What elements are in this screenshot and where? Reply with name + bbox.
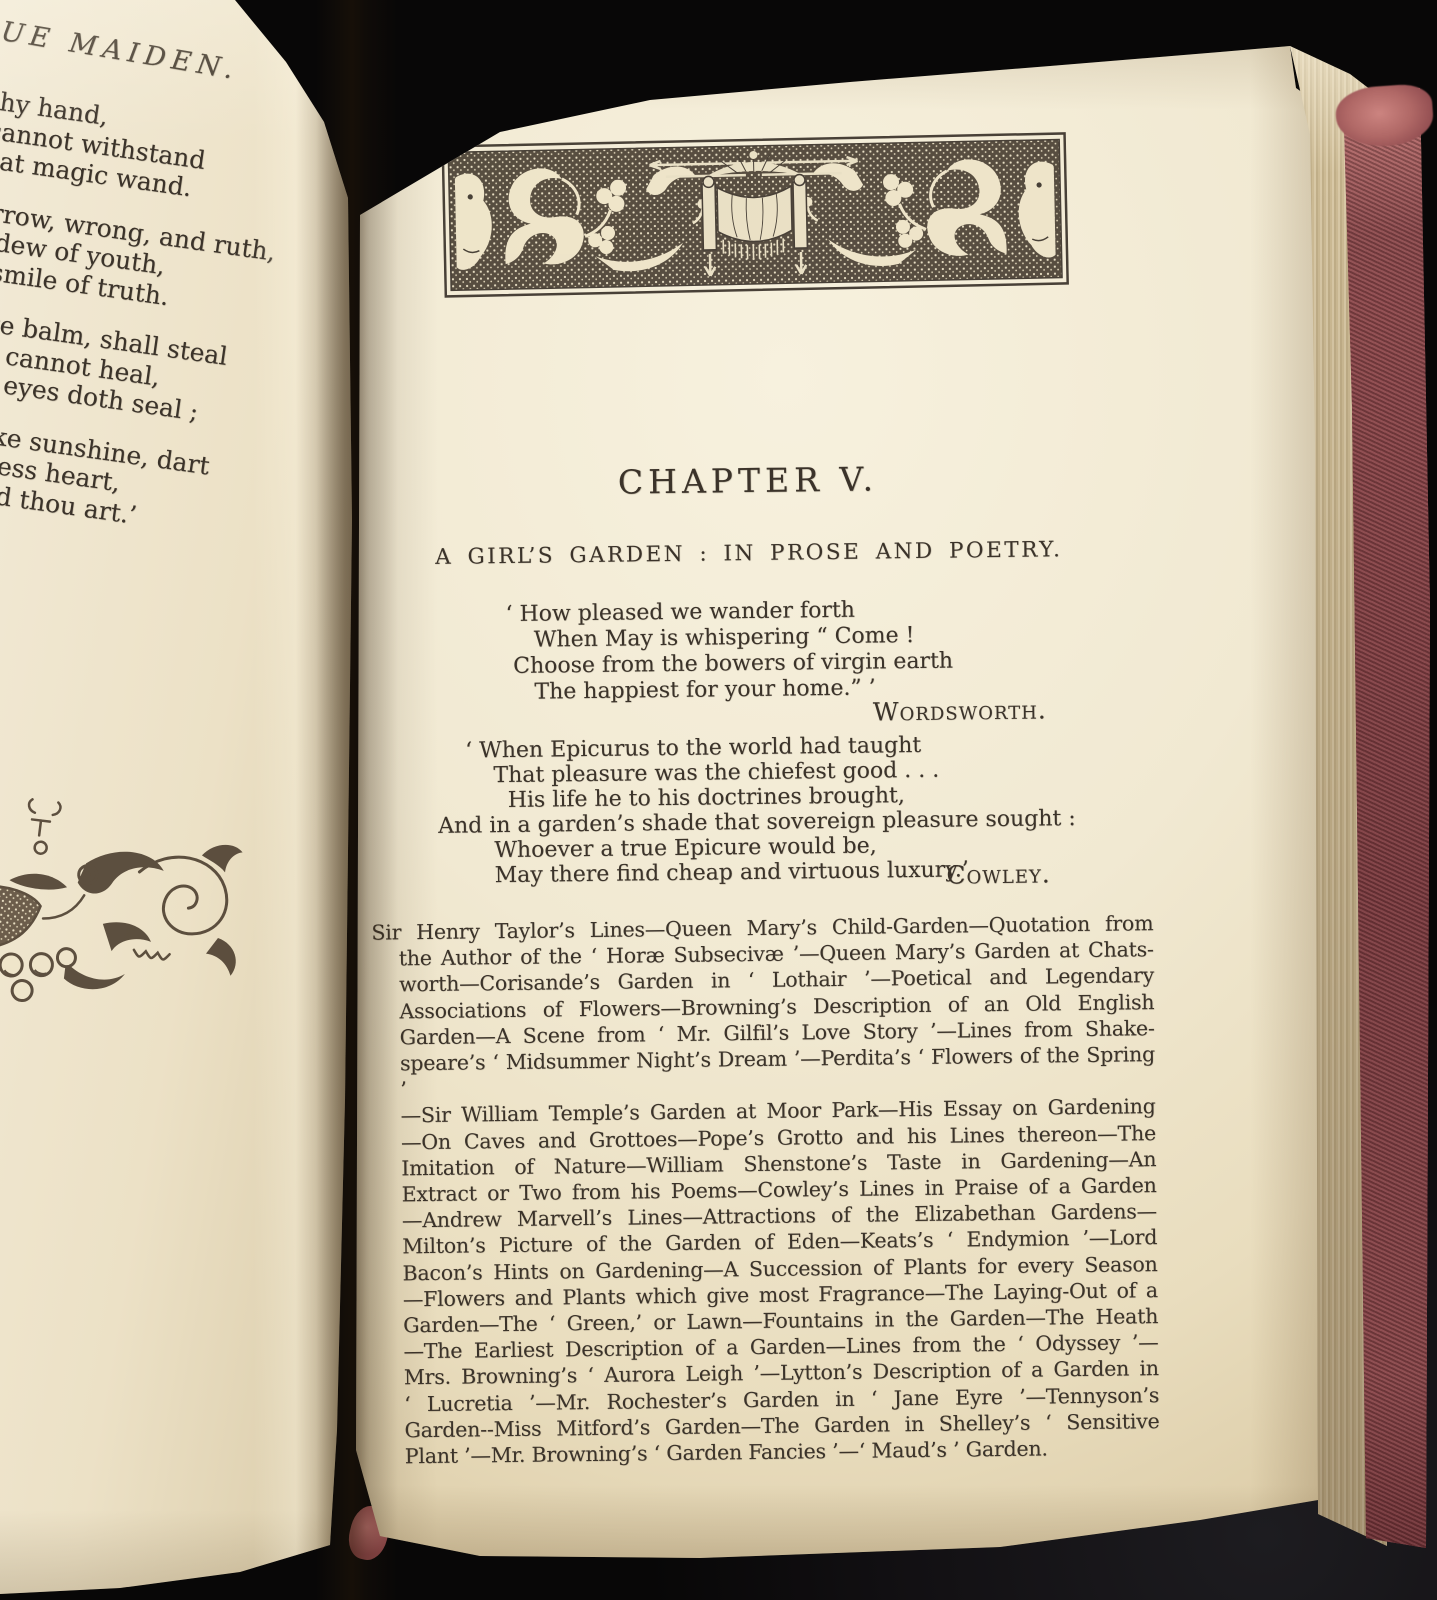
synopsis-line: speare’s ‘ Midsummer Night’s Dream ’—Per… [373, 1041, 1156, 1103]
chapter-subtitle: A GIRL’S GARDEN : IN PROSE AND POETRY. [369, 536, 1129, 570]
tailpiece-ornament [0, 792, 268, 1038]
headpiece-ornament [441, 124, 1069, 305]
right-page: CHAPTER V. A GIRL’S GARDEN : IN PROSE AN… [348, 40, 1320, 1565]
book-photo: UE MAIDEN. hy hand,cannot withstandhat m… [0, 0, 1437, 1600]
running-header: UE MAIDEN. [0, 16, 241, 86]
poem-fragment: hy hand,cannot withstandhat magic wand.o… [0, 86, 293, 544]
chapter-synopsis: Sir Henry Taylor’s Lines—Queen Mary’s Ch… [371, 910, 1160, 1470]
left-page: UE MAIDEN. hy hand,cannot withstandhat m… [0, 0, 352, 1600]
epigraph-wordsworth: ‘ How pleased we wander forth When May i… [505, 595, 1047, 731]
epigraph-lines: ‘ How pleased we wander forth When May i… [505, 595, 1046, 706]
chapter-heading: CHAPTER V. [398, 457, 1098, 505]
epigraph-cowley: ‘ When Epicurus to the world had taught … [437, 732, 1039, 896]
